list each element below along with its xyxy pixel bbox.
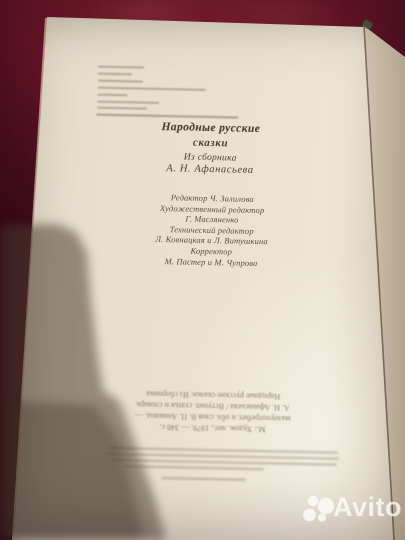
avito-wordmark: Avito	[333, 492, 402, 523]
avito-watermark: Avito	[294, 486, 405, 538]
photo-of-book-title-page: Народные русские сказки Из сборника А. Н…	[0, 0, 405, 540]
photographer-shadow	[0, 0, 405, 540]
avito-logo-icon	[294, 486, 334, 532]
